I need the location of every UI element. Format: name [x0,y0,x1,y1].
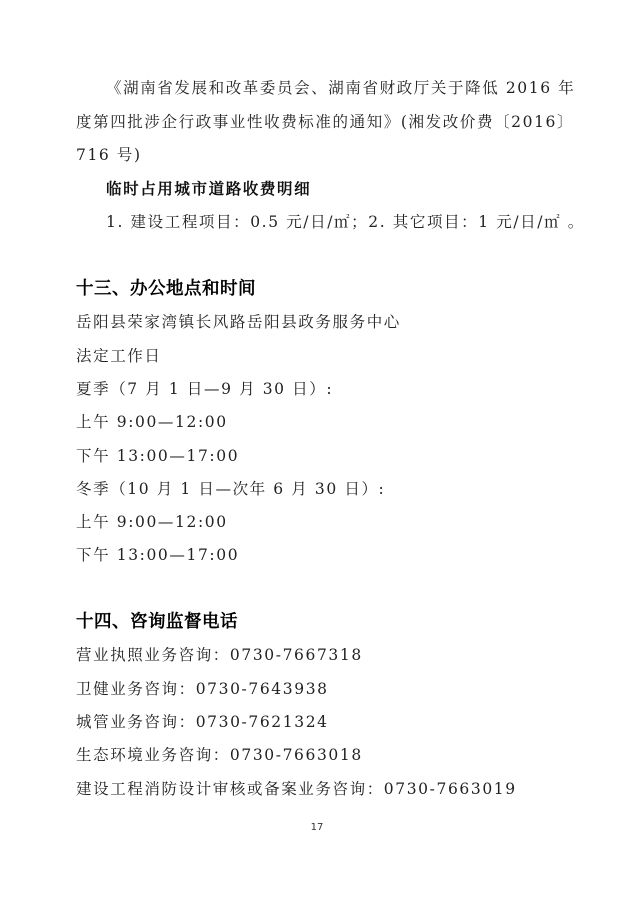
winter-label: 冬季（10 月 1 日—次年 6 月 30 日）: [76,479,385,499]
fee-detail: 1. 建设工程项目：0.5 元/日/㎡；2. 其它项目：1 元/日/㎡ 。 [106,212,585,232]
contact-urban-management: 城管业务咨询：0730-7621324 [76,712,329,732]
citation-line-1: 《湖南省发展和改革委员会、湖南省财政厅关于降低 2016 年 [106,78,575,98]
contact-fire-design-review: 建设工程消防设计审核或备案业务咨询：0730-7663019 [76,779,517,799]
section-13-heading: 十三、办公地点和时间 [76,279,256,299]
contact-environment: 生态环境业务咨询：0730-7663018 [76,745,363,765]
winter-morning-hours: 上午 9:00—12:00 [76,512,228,532]
citation-line-2: 度第四批涉企行政事业性收费标准的通知》(湘发改价费〔2016〕 [76,112,574,132]
section-14-heading: 十四、咨询监督电话 [76,612,238,632]
summer-afternoon-hours: 下午 13:00—17:00 [76,446,239,466]
winter-afternoon-hours: 下午 13:00—17:00 [76,545,239,565]
office-address: 岳阳县荣家湾镇长风路岳阳县政务服务中心 [76,312,401,332]
workdays-label: 法定工作日 [76,346,162,366]
summer-label: 夏季（7 月 1 日—9 月 30 日）: [76,379,333,399]
contact-health: 卫健业务咨询：0730-7643938 [76,679,329,699]
contact-business-license: 营业执照业务咨询：0730-7667318 [76,645,363,665]
fee-title: 临时占用城市道路收费明细 [106,179,311,199]
citation-line-3: 716 号) [76,145,142,165]
summer-morning-hours: 上午 9:00—12:00 [76,412,228,432]
page-number: 17 [0,822,634,833]
